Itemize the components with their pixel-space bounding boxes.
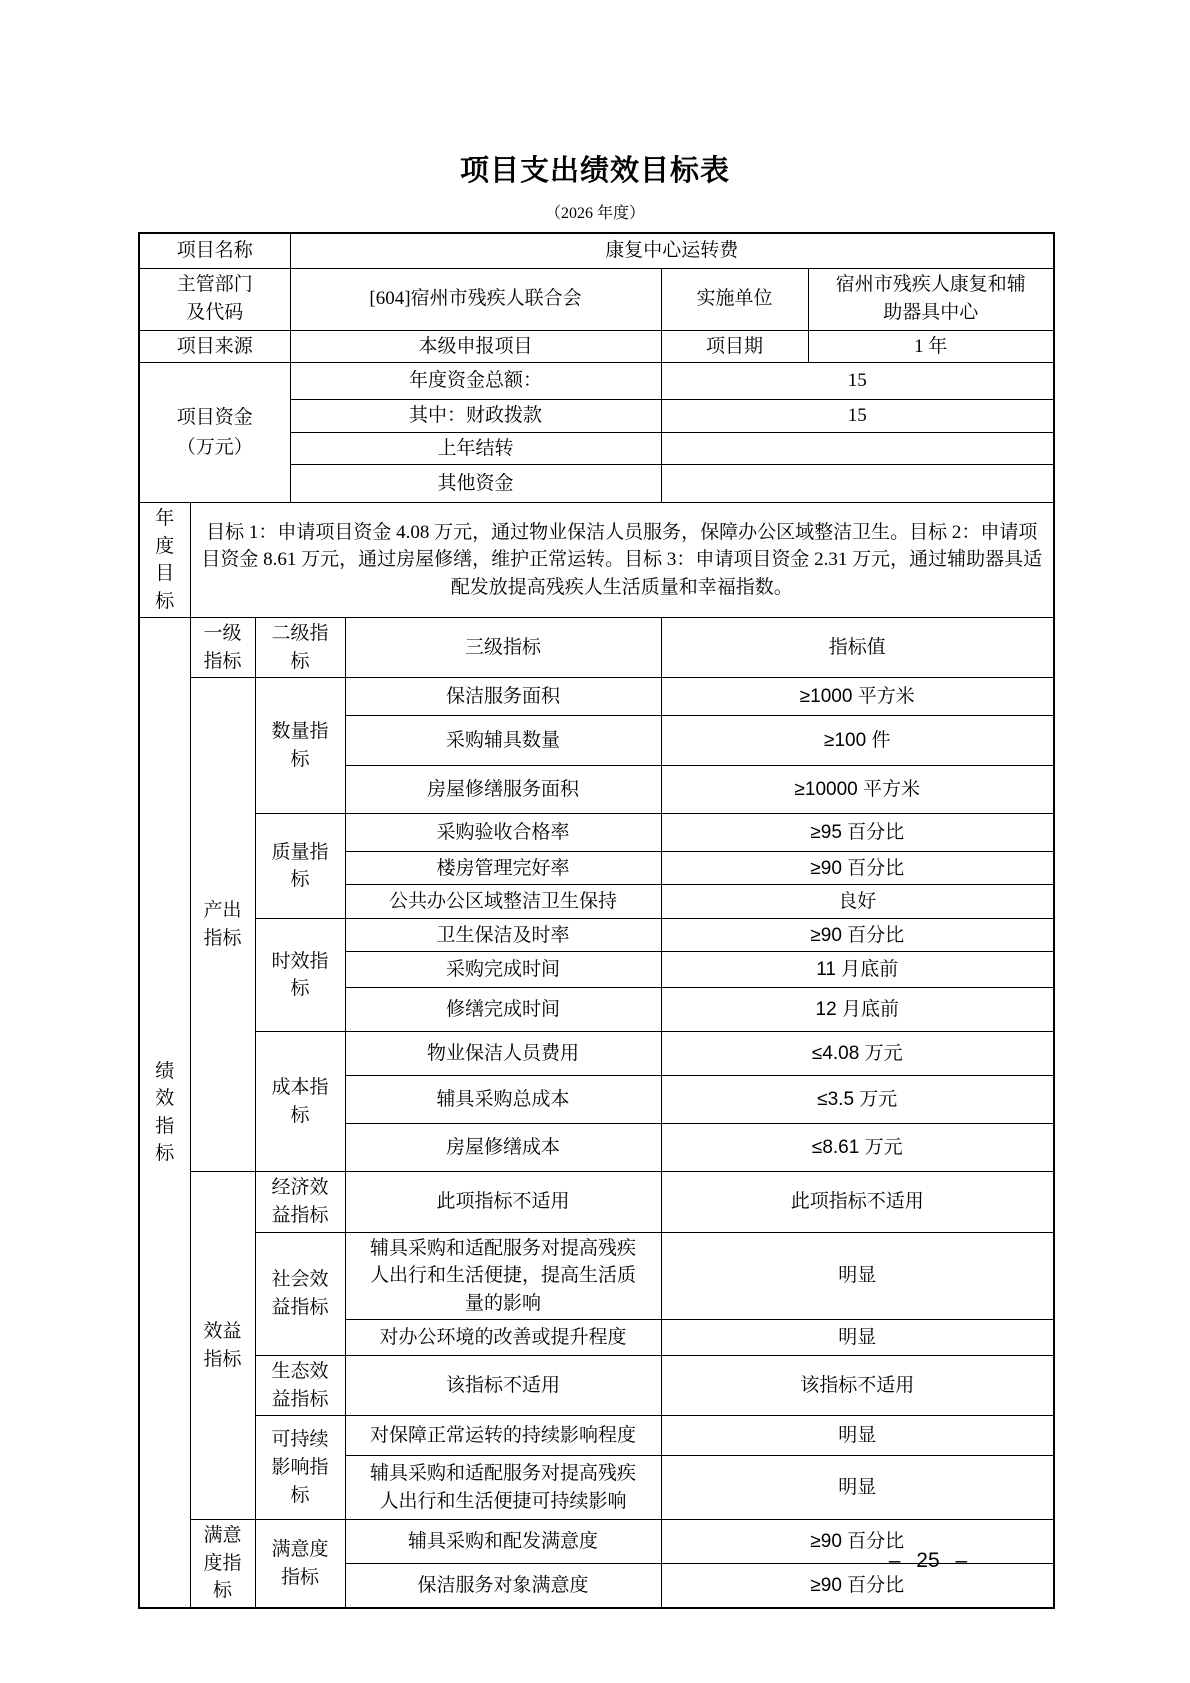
indicator-value-cell: ≥1000 平方米 — [661, 678, 1054, 716]
level2-sustainability: 可持续 影响指 标 — [255, 1416, 345, 1520]
indicator-l3-cell: 卫生保洁及时率 — [345, 919, 661, 952]
indicator-l3-cell: 物业保洁人员费用 — [345, 1032, 661, 1076]
indicator-l3-cell: 保洁服务面积 — [345, 678, 661, 716]
indicator-value-cell: ≥90 百分比 — [661, 1564, 1054, 1608]
table-row: 项目名称 康复中心运转费 — [139, 233, 1054, 268]
funds-other-label: 其他资金 — [290, 465, 661, 503]
funds-carryover-label: 上年结转 — [290, 432, 661, 465]
indicator-value-cell: 明显 — [661, 1232, 1054, 1320]
table-row: 主管部门 及代码 [604]宿州市残疾人联合会 实施单位 宿州市残疾人康复和辅 … — [139, 268, 1054, 330]
indicator-value-cell: 明显 — [661, 1456, 1054, 1520]
performance-target-table: 项目名称 康复中心运转费 主管部门 及代码 [604]宿州市残疾人联合会 实施单… — [138, 232, 1055, 1609]
funds-total-value: 15 — [661, 363, 1054, 400]
header-level3: 三级指标 — [345, 618, 661, 678]
indicator-value-cell: 该指标不适用 — [661, 1356, 1054, 1416]
table-row: 社会效 益指标 辅具采购和适配服务对提高残疾 人出行和生活便捷，提高生活质 量的… — [139, 1232, 1054, 1320]
table-row: 效益 指标 经济效 益指标 此项指标不适用 此项指标不适用 — [139, 1172, 1054, 1232]
indicator-value-cell: 12 月底前 — [661, 988, 1054, 1032]
department-label: 主管部门 及代码 — [139, 268, 290, 330]
header-level1: 一级 指标 — [190, 618, 255, 678]
level1-output: 产出 指标 — [190, 678, 255, 1172]
indicator-l3-cell: 对保障正常运转的持续影响程度 — [345, 1416, 661, 1456]
table-row: 产出 指标 数量指 标 保洁服务面积 ≥1000 平方米 — [139, 678, 1054, 716]
project-name-label: 项目名称 — [139, 233, 290, 268]
funds-total-label: 年度资金总额： — [290, 363, 661, 400]
indicator-value-cell: ≥90 百分比 — [661, 919, 1054, 952]
indicator-l3-cell: 辅具采购和配发满意度 — [345, 1520, 661, 1564]
indicator-value-cell: 11 月底前 — [661, 952, 1054, 988]
project-period-value: 1 年 — [808, 330, 1054, 363]
indicator-l3-cell: 采购辅具数量 — [345, 716, 661, 766]
indicator-value-cell: ≥95 百分比 — [661, 814, 1054, 852]
indicator-l3-cell: 对办公环境的改善或提升程度 — [345, 1320, 661, 1356]
indicator-l3-cell: 辅具采购和适配服务对提高残疾 人出行和生活便捷可持续影响 — [345, 1456, 661, 1520]
indicator-value-cell: ≥90 百分比 — [661, 1520, 1054, 1564]
table-row: 可持续 影响指 标 对保障正常运转的持续影响程度 明显 — [139, 1416, 1054, 1456]
table-row: 项目来源 本级申报项目 项目期 1 年 — [139, 330, 1054, 363]
level2-social: 社会效 益指标 — [255, 1232, 345, 1356]
header-level2: 二级指 标 — [255, 618, 345, 678]
level1-benefit: 效益 指标 — [190, 1172, 255, 1520]
page-title: 项目支出绩效目标表 — [0, 148, 1190, 189]
indicator-value-cell: ≥100 件 — [661, 716, 1054, 766]
level2-quantity: 数量指 标 — [255, 678, 345, 814]
table-row: 年 度 目 标 目标 1：申请项目资金 4.08 万元，通过物业保洁人员服务，保… — [139, 503, 1054, 618]
annual-goal-text: 目标 1：申请项目资金 4.08 万元，通过物业保洁人员服务，保障办公区域整洁卫… — [190, 503, 1054, 618]
page-number: – 25 – — [868, 1549, 988, 1573]
table-row: 绩 效 指 标 一级 指标 二级指 标 三级指标 指标值 — [139, 618, 1054, 678]
table-row: 质量指 标 采购验收合格率 ≥95 百分比 — [139, 814, 1054, 852]
indicator-value-cell: ≥10000 平方米 — [661, 766, 1054, 814]
indicator-l3-cell: 保洁服务对象满意度 — [345, 1564, 661, 1608]
table-row: 时效指 标 卫生保洁及时率 ≥90 百分比 — [139, 919, 1054, 952]
indicator-value-cell: ≤3.5 万元 — [661, 1076, 1054, 1124]
indicator-l3-cell: 采购验收合格率 — [345, 814, 661, 852]
indicator-l3-cell: 辅具采购和适配服务对提高残疾 人出行和生活便捷，提高生活质 量的影响 — [345, 1232, 661, 1320]
indicator-l3-cell: 公共办公区域整洁卫生保持 — [345, 885, 661, 919]
indicator-l3-cell: 该指标不适用 — [345, 1356, 661, 1416]
project-name-value: 康复中心运转费 — [290, 233, 1054, 268]
table-row: 项目资金 （万元） 年度资金总额： 15 — [139, 363, 1054, 400]
indicator-value-cell: 明显 — [661, 1416, 1054, 1456]
indicator-l3-cell: 修缮完成时间 — [345, 988, 661, 1032]
indicator-value-cell: ≤8.61 万元 — [661, 1124, 1054, 1172]
indicator-l3-cell: 房屋修缮服务面积 — [345, 766, 661, 814]
indicator-l3-cell: 辅具采购总成本 — [345, 1076, 661, 1124]
indicator-l3-cell: 楼房管理完好率 — [345, 852, 661, 885]
project-period-label: 项目期 — [661, 330, 808, 363]
indicator-value-cell: 明显 — [661, 1320, 1054, 1356]
indicator-l3-cell: 采购完成时间 — [345, 952, 661, 988]
implementing-unit-label: 实施单位 — [661, 268, 808, 330]
level2-satisfaction: 满意度 指标 — [255, 1520, 345, 1608]
funds-carryover-value — [661, 432, 1054, 465]
header-value: 指标值 — [661, 618, 1054, 678]
funds-fiscal-value: 15 — [661, 400, 1054, 433]
performance-indicators-label: 绩 效 指 标 — [139, 618, 190, 1608]
project-source-label: 项目来源 — [139, 330, 290, 363]
table-row: 成本指 标 物业保洁人员费用 ≤4.08 万元 — [139, 1032, 1054, 1076]
indicator-value-cell: 良好 — [661, 885, 1054, 919]
annual-goal-label: 年 度 目 标 — [139, 503, 190, 618]
funds-other-value — [661, 465, 1054, 503]
level2-timeliness: 时效指 标 — [255, 919, 345, 1032]
indicator-l3-cell: 此项指标不适用 — [345, 1172, 661, 1232]
implementing-unit-value: 宿州市残疾人康复和辅 助器具中心 — [808, 268, 1054, 330]
funds-fiscal-label: 其中：财政拨款 — [290, 400, 661, 433]
level2-quality: 质量指 标 — [255, 814, 345, 919]
level1-satisfaction: 满意 度指 标 — [190, 1520, 255, 1608]
level2-cost: 成本指 标 — [255, 1032, 345, 1172]
indicator-value-cell: 此项指标不适用 — [661, 1172, 1054, 1232]
indicator-l3-cell: 房屋修缮成本 — [345, 1124, 661, 1172]
indicator-value-cell: ≥90 百分比 — [661, 852, 1054, 885]
indicator-value-cell: ≤4.08 万元 — [661, 1032, 1054, 1076]
level2-ecological: 生态效 益指标 — [255, 1356, 345, 1416]
project-source-value: 本级申报项目 — [290, 330, 661, 363]
project-funds-label: 项目资金 （万元） — [139, 363, 290, 503]
page-subtitle: （2026 年度） — [0, 200, 1190, 223]
level2-economic: 经济效 益指标 — [255, 1172, 345, 1232]
table-row: 生态效 益指标 该指标不适用 该指标不适用 — [139, 1356, 1054, 1416]
department-value: [604]宿州市残疾人联合会 — [290, 268, 661, 330]
